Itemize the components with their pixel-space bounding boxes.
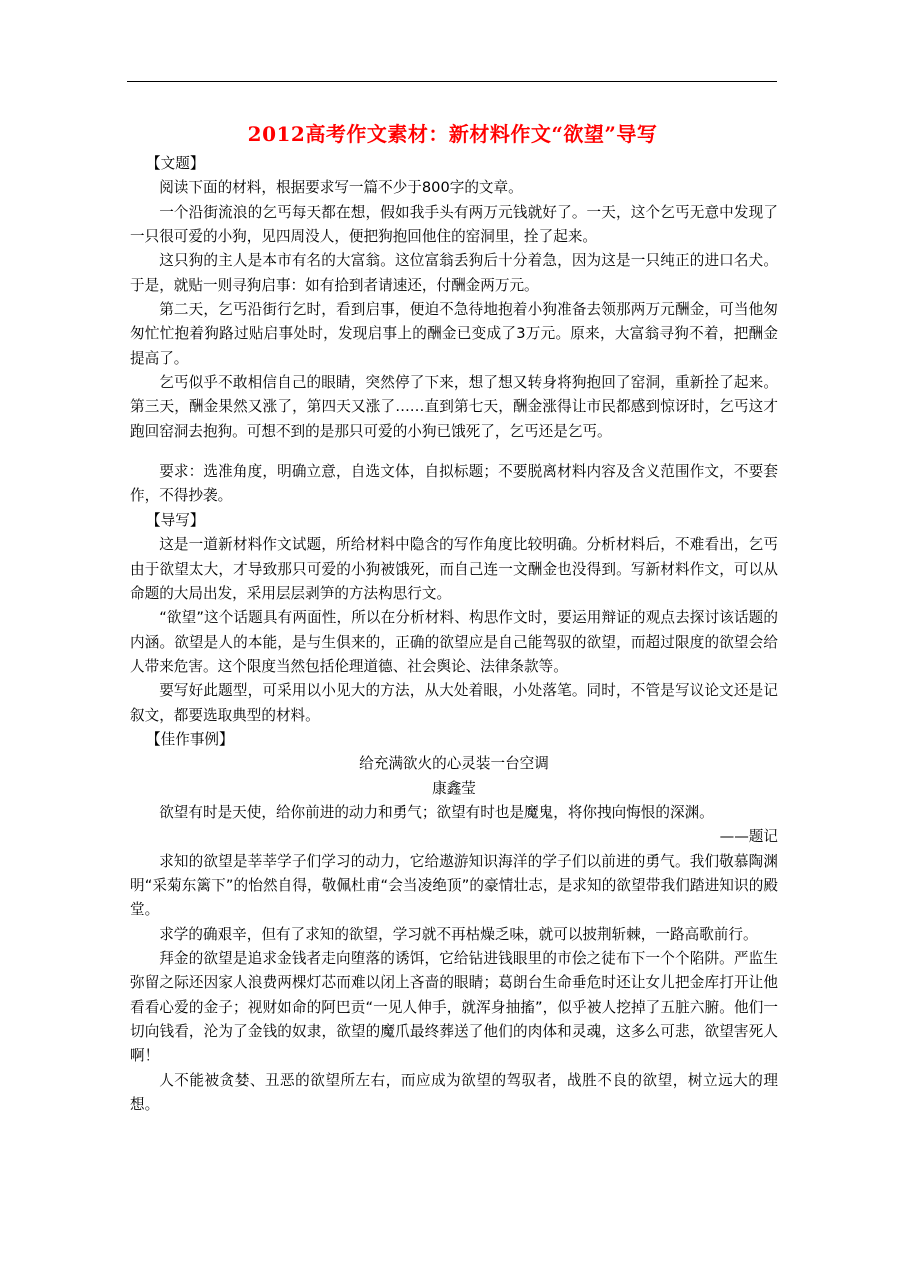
document-title: 2012高考作文素材：新材料作文“欲望”导写 (0, 118, 905, 147)
prompt-paragraph: 一个沿街流浪的乞丐每天都在想，假如我手头有两万元钱就好了。一天，这个乞丐无意中发… (130, 201, 778, 250)
essay-paragraph: 求学的确艰辛，但有了求知的欲望，学习就不再枯燥乏味，就可以披荆斩棘，一路高歌前行… (130, 923, 778, 947)
essay-title: 给充满欲火的心灵装一台空调 (130, 752, 778, 776)
essay-paragraph: 拜金的欲望是追求金钱者走向堕落的诱饵，它给钻进钱眼里的市侩之徒布下一个个陷阱。严… (130, 947, 778, 1069)
section-heading-prompt: 【文题】 (130, 152, 778, 176)
essay-epigraph: 欲望有时是天使，给你前进的动力和勇气；欲望有时也是魔鬼，将你拽向悔恨的深渊。 (130, 801, 778, 825)
prompt-paragraph: 乞丐似乎不敢相信自己的眼睛，突然停了下来，想了想又转身将狗抱回了窑洞，重新拴了起… (130, 371, 778, 444)
prompt-paragraph: 第二天，乞丐沿街行乞时，看到启事，便迫不急待地抱着小狗准备去领那两万元酬金，可当… (130, 298, 778, 371)
essay-epigraph-note: ——题记 (130, 825, 778, 849)
section-heading-guide: 【导写】 (130, 509, 778, 533)
essay-paragraph: 人不能被贪婪、丑恶的欲望所左右，而应成为欲望的驾驭者，战胜不良的欲望，树立远大的… (130, 1069, 778, 1118)
essay-paragraph: 求知的欲望是莘莘学子们学习的动力，它给遨游知识海洋的学子们以前进的勇气。我们敬慕… (130, 850, 778, 923)
guide-paragraph: 这是一道新材料作文试题，所给材料中隐含的写作角度比较明确。分析材料后，不难看出，… (130, 533, 778, 606)
essay-author: 康鑫莹 (130, 777, 778, 801)
prompt-paragraph: 阅读下面的材料，根据要求写一篇不少于800字的文章。 (130, 176, 778, 200)
header-rule (127, 81, 777, 82)
document-body: 【文题】 阅读下面的材料，根据要求写一篇不少于800字的文章。 一个沿街流浪的乞… (130, 152, 778, 1117)
prompt-paragraph: 这只狗的主人是本市有名的大富翁。这位富翁丢狗后十分着急，因为这是一只纯正的进口名… (130, 249, 778, 298)
guide-paragraph: “欲望”这个话题具有两面性，所以在分析材料、构思作文时，要运用辩证的观点去探讨该… (130, 606, 778, 679)
guide-paragraph: 要写好此题型，可采用以小见大的方法，从大处着眼，小处落笔。同时，不管是写议论文还… (130, 679, 778, 728)
section-heading-example: 【佳作事例】 (130, 728, 778, 752)
prompt-requirement: 要求：选准角度，明确立意，自选文体，自拟标题；不要脱离材料内容及含义范围作文，不… (130, 460, 778, 509)
spacer (130, 444, 778, 460)
